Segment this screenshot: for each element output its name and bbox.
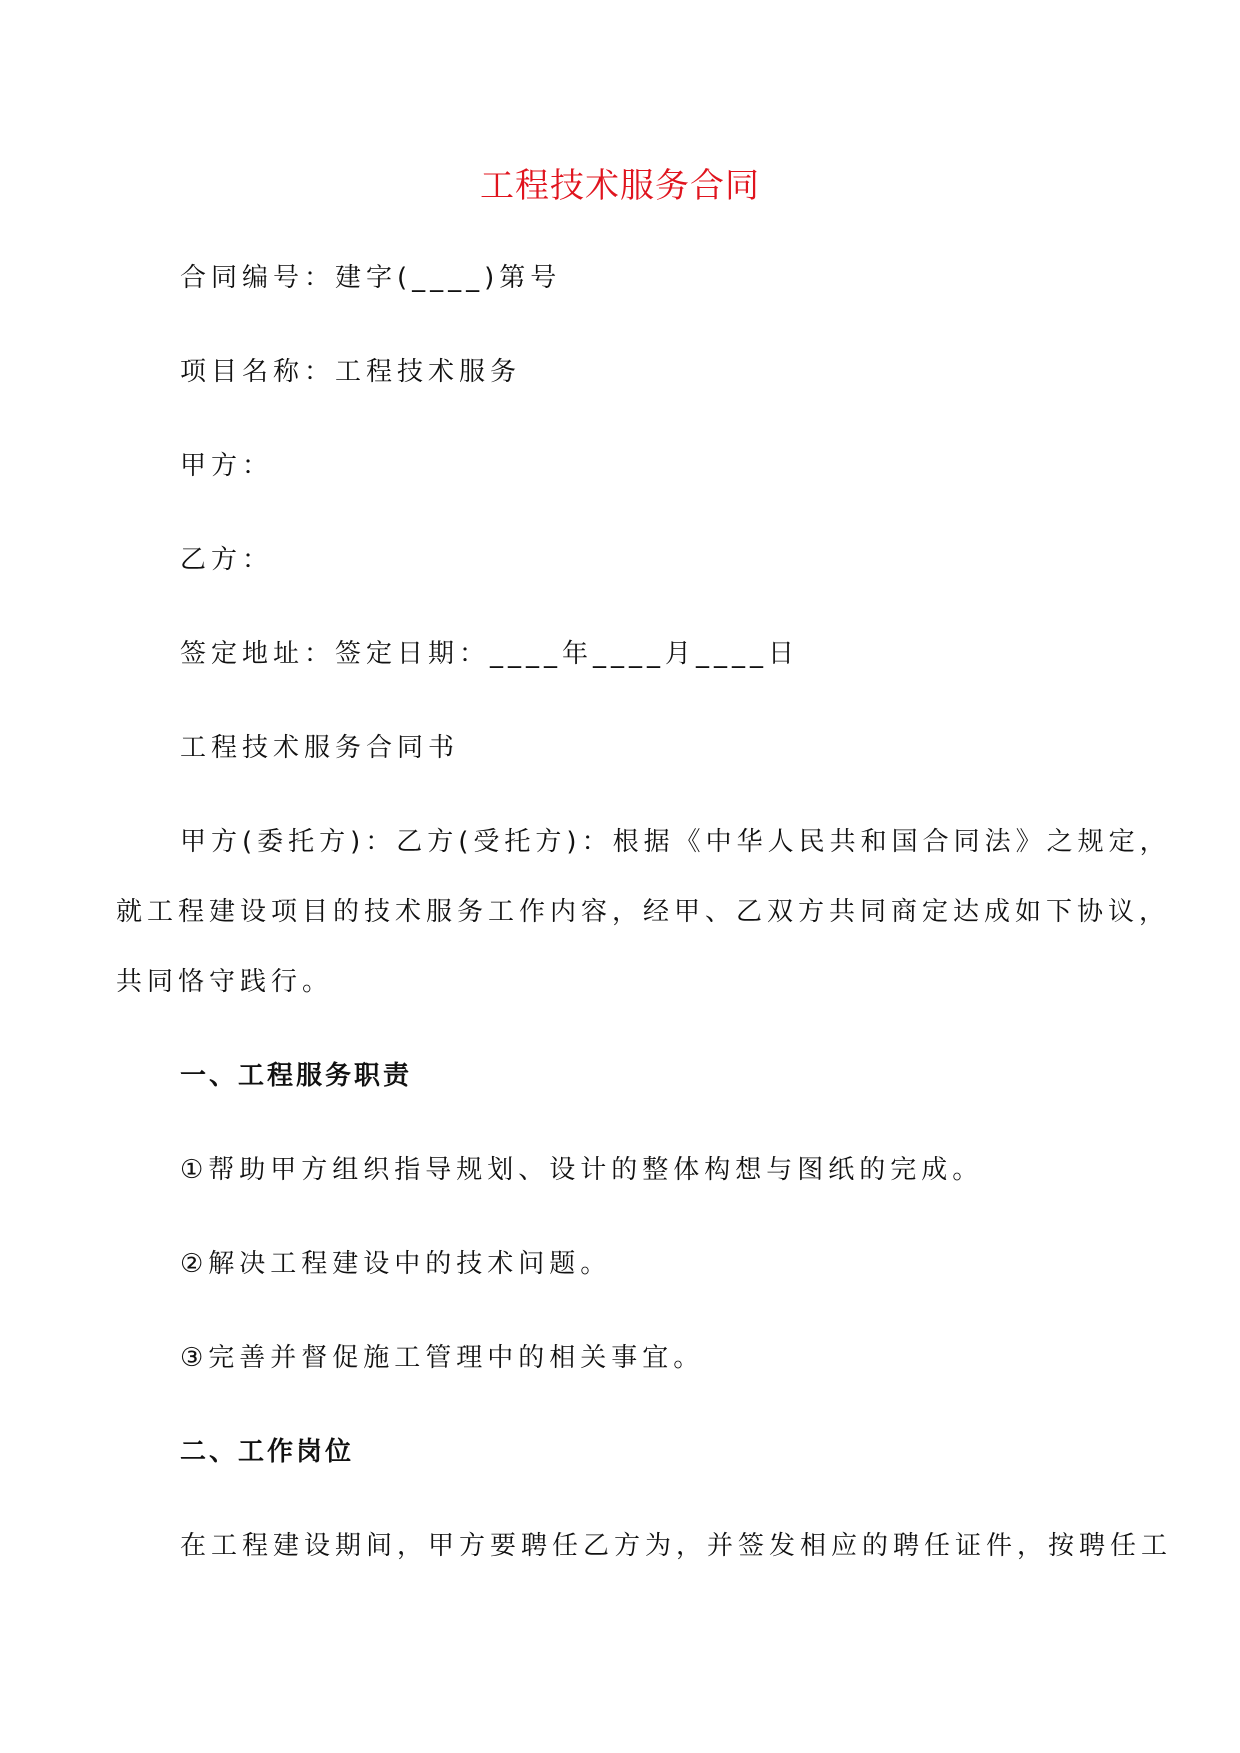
- project-name: 项目名称：工程技术服务: [180, 356, 521, 388]
- party-b: 乙方：: [180, 544, 273, 576]
- preamble-line: 就工程建设项目的技术服务工作内容，经甲、乙双方共同商定达成如下协议，: [116, 896, 1170, 928]
- sign-place-date: 签定地址：签定日期：____年____月____日: [180, 638, 799, 670]
- section-item: ②解决工程建设中的技术问题。: [180, 1248, 611, 1280]
- document-subtitle: 工程技术服务合同书: [180, 732, 459, 764]
- section-item: ③完善并督促施工管理中的相关事宜。: [180, 1342, 704, 1374]
- contract-number: 合同编号：建字(____)第号: [180, 262, 561, 294]
- section-item: 在工程建设期间，甲方要聘任乙方为，并签发相应的聘任证件，按聘任工: [180, 1530, 1172, 1562]
- preamble-line: 甲方(委托方)：乙方(受托方)：根据《中华人民共和国合同法》之规定，: [180, 826, 1171, 858]
- section-heading: 一、工程服务职责: [180, 1060, 412, 1092]
- document-title: 工程技术服务合同: [0, 158, 1240, 207]
- preamble-line: 共同恪守践行。: [116, 966, 333, 998]
- section-heading: 二、工作岗位: [180, 1436, 354, 1468]
- party-a: 甲方：: [180, 450, 273, 482]
- section-item: ①帮助甲方组织指导规划、设计的整体构想与图纸的完成。: [180, 1154, 983, 1186]
